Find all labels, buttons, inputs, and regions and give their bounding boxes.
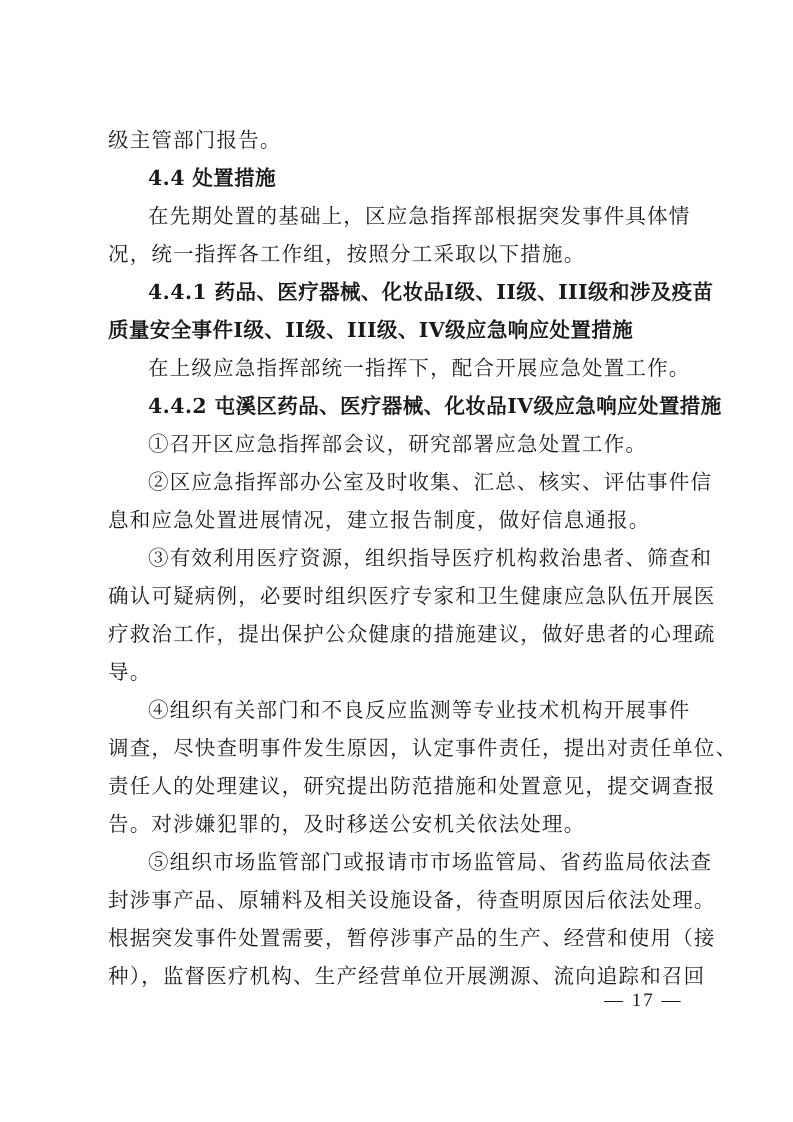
paragraph-continuation: 级主管部门报告。: [108, 121, 698, 159]
list-item-5: ⑤组织市场监管部门或报请市市场监管局、省药监局依法查: [108, 843, 698, 881]
list-item-4-cont: 告。对涉嫌犯罪的，及时移送公安机关依法处理。: [108, 805, 698, 843]
list-item-4: ④组织有关部门和不良反应监测等专业技术机构开展事件: [108, 691, 698, 729]
list-item-2-cont: 息和应急处置进展情况，建立报告制度，做好信息通报。: [108, 501, 698, 539]
list-item-3-cont: 导。: [108, 653, 698, 691]
list-item-3-cont: 确认可疑病例，必要时组织医疗专家和卫生健康应急队伍开展医: [108, 577, 698, 615]
section-heading-4-4-1: 4.4.1 药品、医疗器械、化妆品I级、II级、III级和涉及疫苗: [108, 273, 698, 311]
list-item-3: ③有效利用医疗资源，组织指导医疗机构救治患者、筛查和: [108, 539, 698, 577]
list-item-1: ①召开区应急指挥部会议，研究部署应急处置工作。: [108, 425, 698, 463]
section-heading-4-4: 4.4 处置措施: [108, 159, 698, 197]
paragraph-line: 在先期处置的基础上，区应急指挥部根据突发事件具体情: [108, 197, 698, 235]
list-item-2: ②区应急指挥部办公室及时收集、汇总、核实、评估事件信: [108, 463, 698, 501]
list-item-5-cont: 封涉事产品、原辅料及相关设施设备，待查明原因后依法处理。: [108, 881, 698, 919]
paragraph-line: 况，统一指挥各工作组，按照分工采取以下措施。: [108, 235, 698, 273]
paragraph-line: 在上级应急指挥部统一指挥下，配合开展应急处置工作。: [108, 349, 698, 387]
list-item-4-cont: 调查，尽快查明事件发生原因，认定事件责任，提出对责任单位、: [108, 729, 698, 767]
page-number: — 17 —: [604, 990, 683, 1012]
list-item-5-cont: 根据突发事件处置需要，暂停涉事产品的生产、经营和使用（接: [108, 919, 698, 957]
section-heading-4-4-1-cont: 质量安全事件I级、II级、III级、IV级应急响应处置措施: [108, 311, 698, 349]
document-body: 级主管部门报告。 4.4 处置措施 在先期处置的基础上，区应急指挥部根据突发事件…: [108, 121, 698, 995]
list-item-4-cont: 责任人的处理建议，研究提出防范措施和处置意见，提交调查报: [108, 767, 698, 805]
list-item-3-cont: 疗救治工作，提出保护公众健康的措施建议，做好患者的心理疏: [108, 615, 698, 653]
section-heading-4-4-2: 4.4.2 屯溪区药品、医疗器械、化妆品IV级应急响应处置措施: [108, 387, 698, 425]
